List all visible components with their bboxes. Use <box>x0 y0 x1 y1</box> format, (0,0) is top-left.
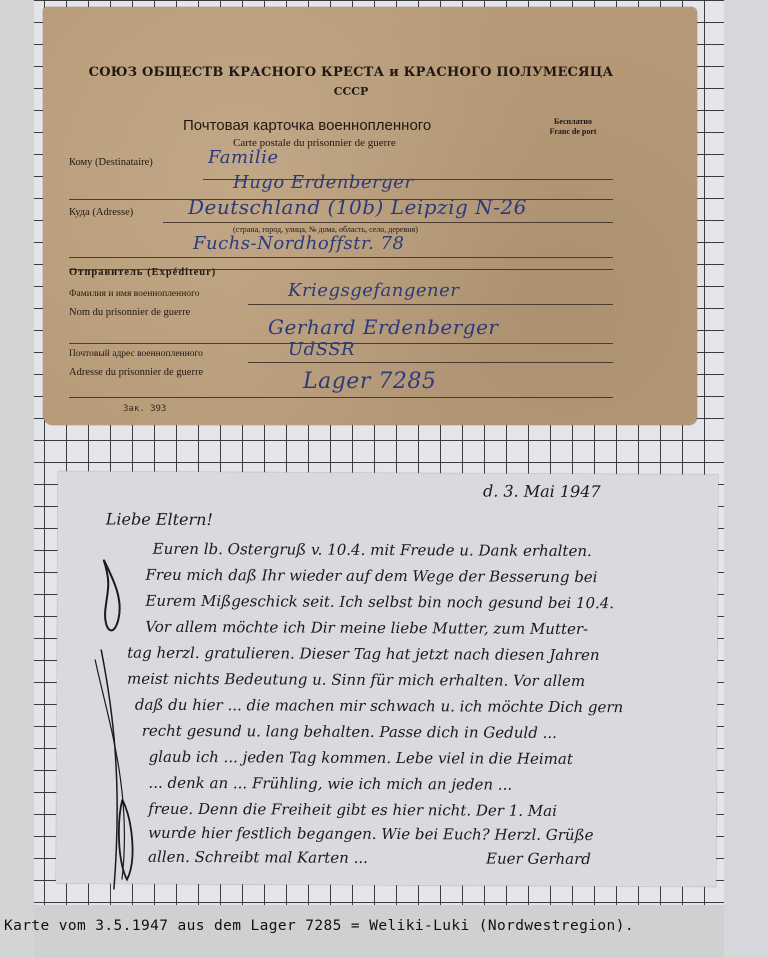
letter-salutation: Liebe Eltern! <box>106 510 213 530</box>
archive-caption: Karte vom 3.5.1947 aus dem Lager 7285 = … <box>4 918 634 934</box>
letter-line: Freu mich daß Ihr wieder auf dem Wege de… <box>145 566 597 586</box>
handwritten-letter: d. 3. Mai 1947 Liebe Eltern! Euren lb. O… <box>56 471 718 886</box>
letter-line: meist nichts Bedeutung u. Sinn für mich … <box>127 670 585 690</box>
postage-free-mark: Бесплатно Franc de port <box>533 117 613 137</box>
sender-label: Отправитель (Expéditeur) <box>69 267 216 278</box>
postage-free-fr: Franc de port <box>533 127 613 137</box>
sender-line2: Gerhard Erdenberger <box>268 315 498 339</box>
address-label: Куда (Adresse) <box>69 207 133 218</box>
recipient-line2: Hugo Erdenberger <box>233 172 413 193</box>
letter-line: Vor allem möchte ich Dir meine liebe Mut… <box>145 618 588 638</box>
country-heading: СССР <box>71 85 631 98</box>
letter-line: wurde hier festlich begangen. Wie bei Eu… <box>148 824 593 844</box>
form-line <box>69 397 613 398</box>
prisoner-address-label-ru: Почтовый адрес военнопленного <box>69 349 203 359</box>
form-line <box>69 257 613 258</box>
postcard-title-ru: Почтовая карточка военнопленного <box>183 117 431 134</box>
letter-line: allen. Schreibt mal Karten ... <box>148 848 368 867</box>
letter-line: Euren lb. Ostergruß v. 10.4. mit Freude … <box>153 540 592 560</box>
prisoner-address-label-fr: Adresse du prisonnier de guerre <box>69 367 203 378</box>
address-line2: Fuchs-Nordhoffstr. 78 <box>193 233 405 254</box>
address-line1: Deutschland (10b) Leipzig N-26 <box>188 195 527 219</box>
letter-line: tag herzl. gratulieren. Dieser Tag hat j… <box>127 644 600 664</box>
print-order-number: Зак. 393 <box>123 404 166 414</box>
page-margin-right <box>724 0 768 958</box>
letter-line: Eurem Mißgeschick seit. Ich selbst bin n… <box>145 592 614 612</box>
letter-line: daß du hier ... die machen mir schwach u… <box>135 696 623 717</box>
sender-line1: Kriegsgefangener <box>288 280 459 301</box>
flower-doodle-icon <box>92 559 164 889</box>
pow-postcard: СОЮЗ ОБЩЕСТВ КРАСНОГО КРЕСТА и КРАСНОГО … <box>43 7 697 425</box>
recipient-label: Кому (Destinataire) <box>69 157 153 168</box>
prisoner-name-label-fr: Nom du prisonnier de guerre <box>69 307 190 318</box>
form-line <box>163 222 613 223</box>
prisoner-name-label-ru: Фамилия и имя военнопленного <box>69 289 199 299</box>
letter-line: glaub ich ... jeden Tag kommen. Lebe vie… <box>149 748 573 768</box>
postage-free-ru: Бесплатно <box>533 117 613 127</box>
recipient-line1: Familie <box>208 147 279 168</box>
organization-heading: СОЮЗ ОБЩЕСТВ КРАСНОГО КРЕСТА и КРАСНОГО … <box>71 65 631 80</box>
prisoner-address-line1: UdSSR <box>288 339 355 360</box>
form-line <box>248 304 613 305</box>
page-margin-left <box>0 0 34 958</box>
letter-closing: Euer Gerhard <box>486 850 591 869</box>
letter-line: freue. Denn die Freiheit gibt es hier ni… <box>148 800 557 820</box>
prisoner-address-line2: Lager 7285 <box>303 369 436 394</box>
letter-line: recht gesund u. lang behalten. Passe dic… <box>142 722 557 742</box>
form-line <box>248 362 613 363</box>
letter-line: ... denk an ... Frühling, wie ich mich a… <box>148 774 512 794</box>
letter-date: d. 3. Mai 1947 <box>483 482 601 502</box>
